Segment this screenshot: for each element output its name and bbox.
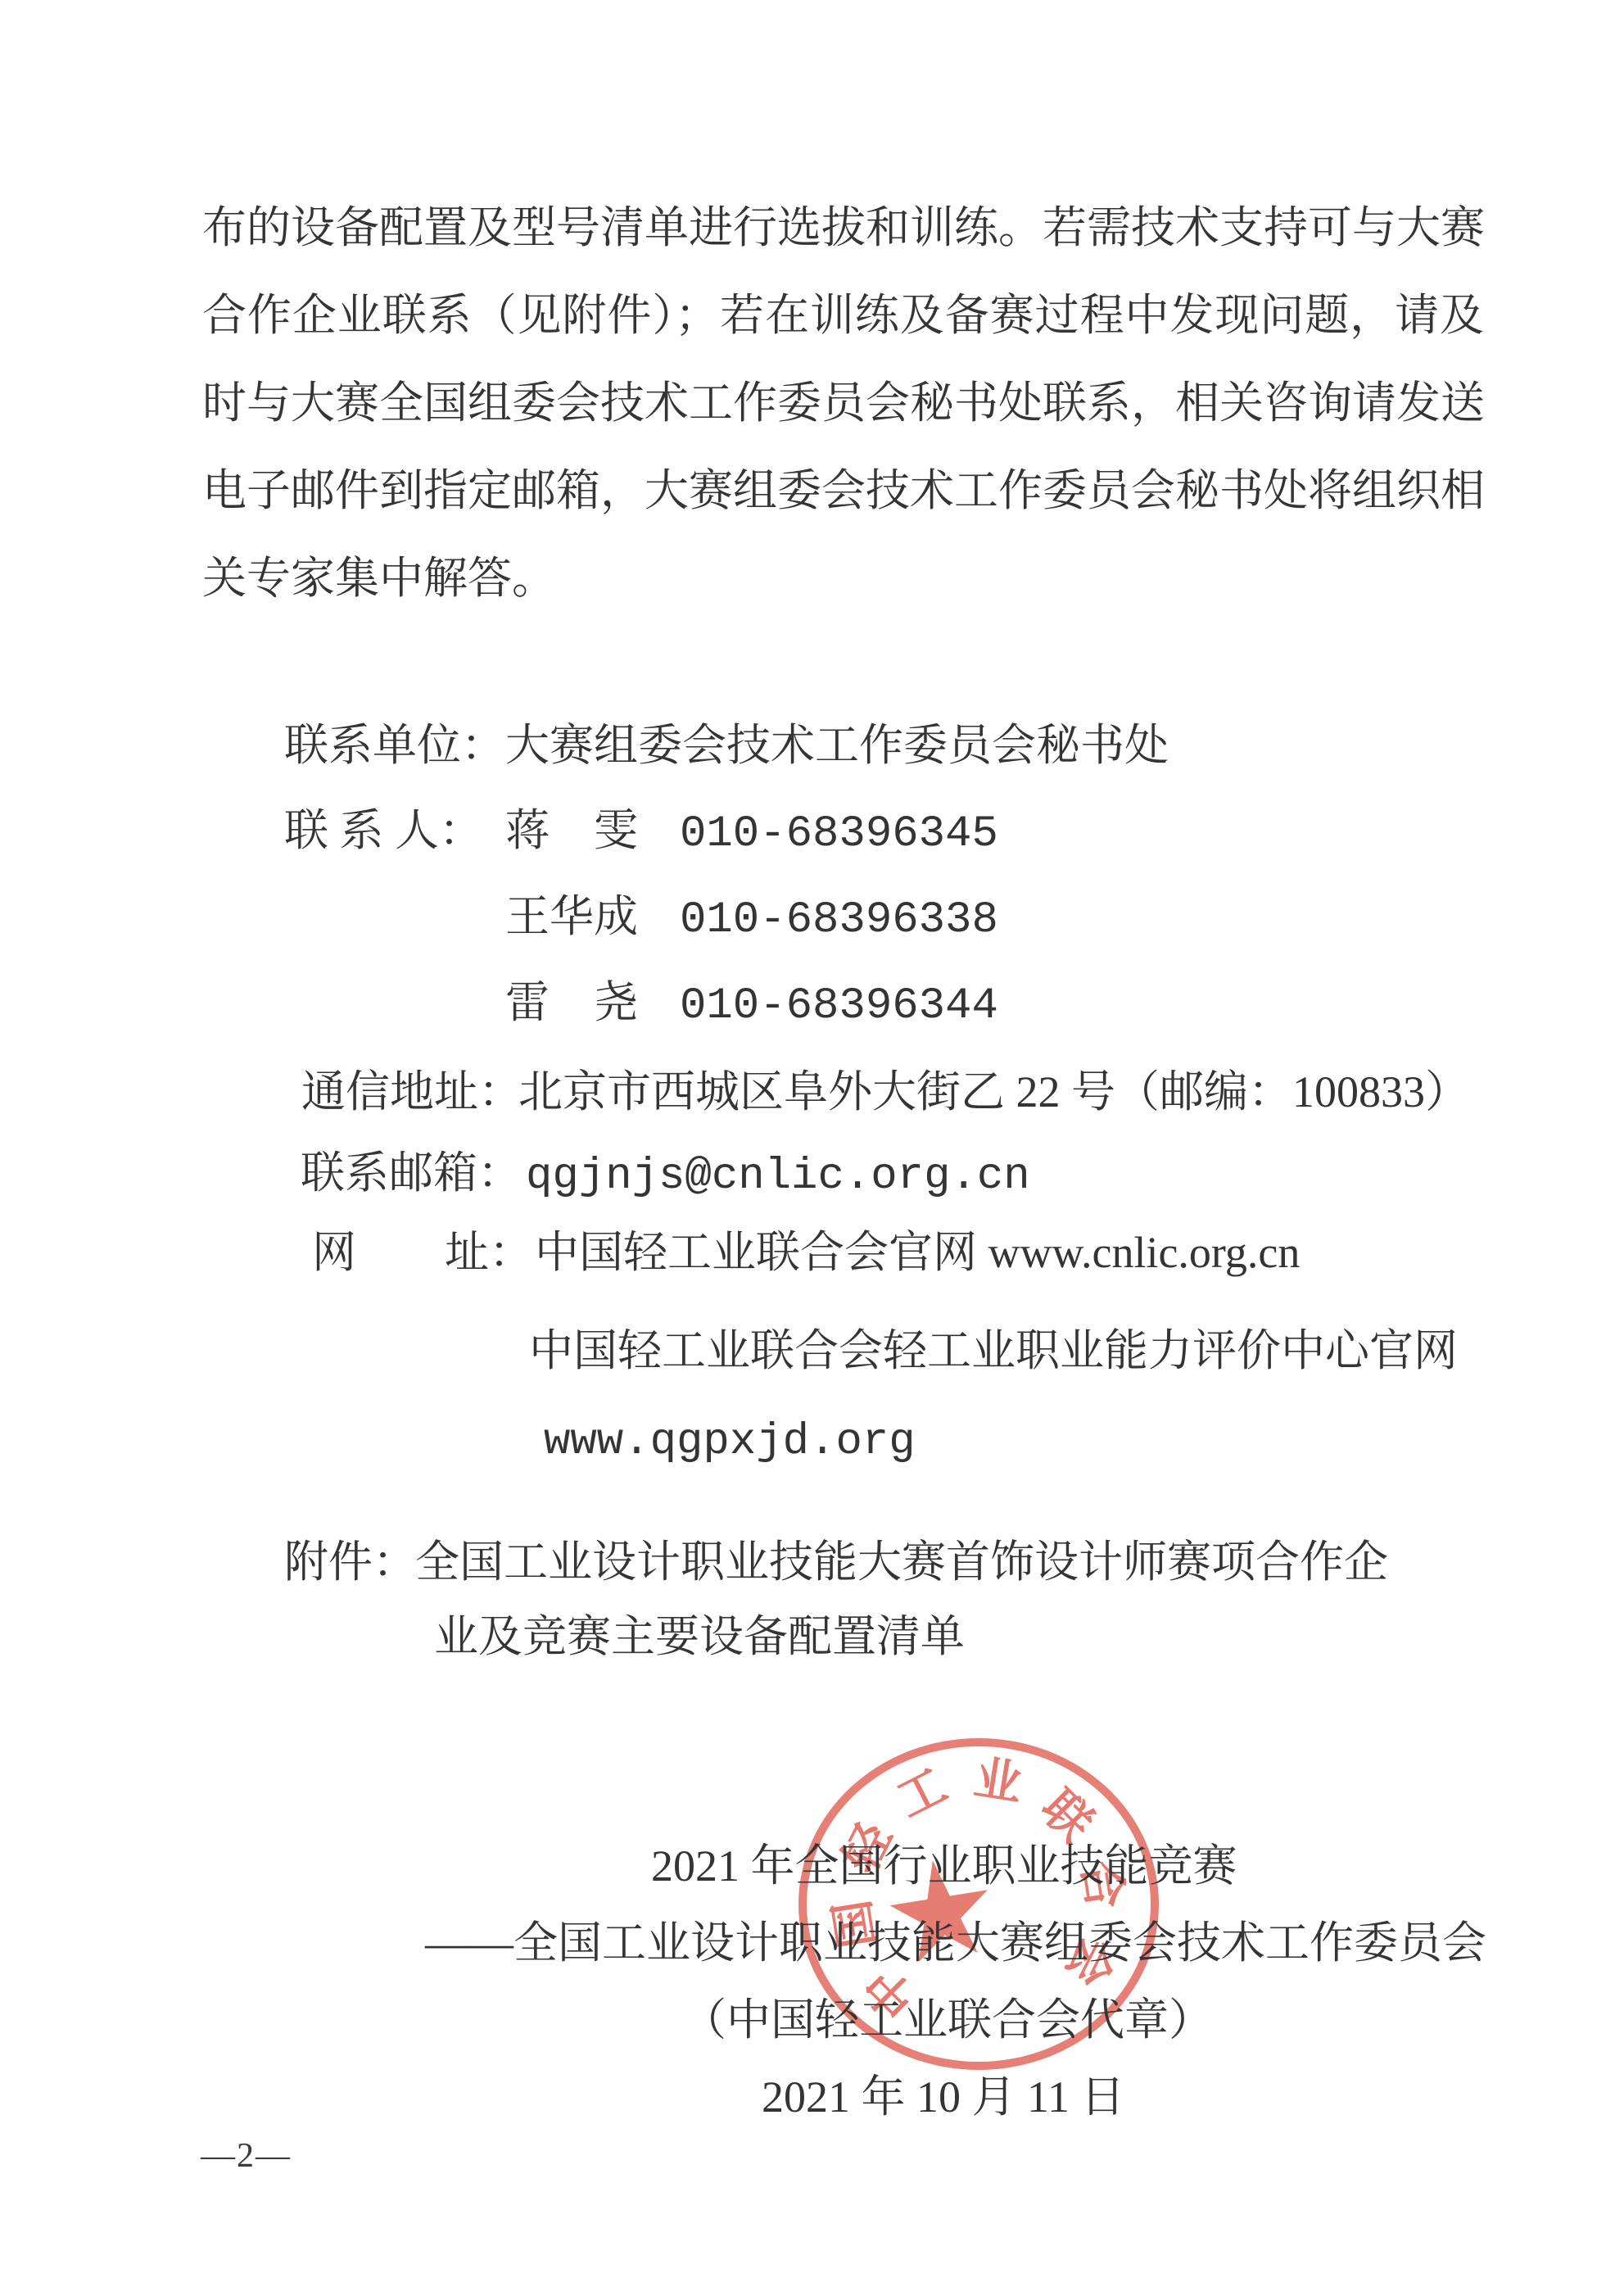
contact-email-label: 联系邮箱： (301, 1148, 526, 1198)
contact-address-label: 通信地址： (301, 1067, 518, 1116)
signature-onbehalf-line: （中国轻工业联合会代章） (682, 1995, 1213, 2045)
contact-email-line: 联系邮箱：qgjnjs@cnlic.org.cn (301, 1148, 1030, 1202)
contact-person-phone: 010-68396344 (680, 981, 998, 1031)
attachment-label: 附件： (284, 1537, 415, 1587)
contact-unit-label: 联系单位： (284, 721, 505, 770)
signature-committee-line: ——全国工业设计职业技能大赛组委会技术工作委员会 (425, 1918, 1486, 1968)
contact-unit-value: 大赛组委会技术工作委员会秘书处 (505, 721, 1169, 770)
contact-unit-line: 联系单位：大赛组委会技术工作委员会秘书处 (284, 721, 1169, 770)
signature-date: 2021 年 10 月 11 日 (762, 2072, 1125, 2122)
contact-person-line: 联 系 人：蒋 雯010-68396345 (284, 806, 998, 859)
contact-website-label: 网 址： (312, 1228, 535, 1277)
contact-email-value: qgjnjs@cnlic.org.cn (526, 1152, 1030, 1202)
contact-person-line: 王华成010-68396338 (505, 892, 998, 945)
contact-person-line: 雷 尧010-68396344 (505, 978, 998, 1031)
body-paragraph-line: 电子邮件到指定邮箱，大赛组委会技术工作委员会秘书处将组织相 (202, 466, 1484, 515)
contact-person-label: 联 系 人： (284, 806, 505, 855)
contact-address-line: 通信地址：北京市西城区阜外大街乙 22 号（邮编：100833） (301, 1067, 1469, 1116)
attachment-line: 附件：全国工业设计职业技能大赛首饰设计师赛项合作企 (284, 1537, 1388, 1587)
contact-person-name: 王华成 (505, 892, 680, 941)
contact-address-value: 北京市西城区阜外大街乙 22 号（邮编：100833） (518, 1067, 1469, 1116)
contact-person-phone: 010-68396345 (680, 809, 998, 859)
contact-website-line2: 中国轻工业联合会轻工业职业能力评价中心官网 (529, 1326, 1458, 1375)
contact-person-phone: 010-68396338 (680, 895, 998, 945)
contact-website-line: 网 址：中国轻工业联合会官网 www.cnlic.org.cn (312, 1228, 1300, 1277)
signature-competition-line: 2021 年全国行业职业技能竞赛 (651, 1841, 1237, 1891)
body-paragraph-line: 时与大赛全国组委会技术工作委员会秘书处联系，相关咨询请发送 (202, 378, 1484, 428)
body-paragraph-line: 关专家集中解答。 (202, 554, 1484, 603)
attachment-title-part2: 业及竞赛主要设备配置清单 (434, 1612, 965, 1661)
document-page: 中国轻工业联合会 布的设备配置及型号清单进行选拔和训练。若需技术支持可与大赛 合… (0, 0, 1624, 2296)
contact-website-line3: www.qgpxjd.org (544, 1418, 916, 1467)
body-paragraph-line: 合作企业联系（见附件）；若在训练及备赛过程中发现问题，请及 (202, 291, 1484, 340)
contact-website-value: 中国轻工业联合会官网 www.cnlic.org.cn (535, 1228, 1300, 1277)
body-paragraph-line: 布的设备配置及型号清单进行选拔和训练。若需技术支持可与大赛 (202, 203, 1484, 252)
contact-person-name: 蒋 雯 (505, 806, 680, 855)
attachment-title-part1: 全国工业设计职业技能大赛首饰设计师赛项合作企 (415, 1537, 1388, 1587)
contact-person-name: 雷 尧 (505, 978, 680, 1027)
page-number: —2— (201, 2136, 292, 2176)
